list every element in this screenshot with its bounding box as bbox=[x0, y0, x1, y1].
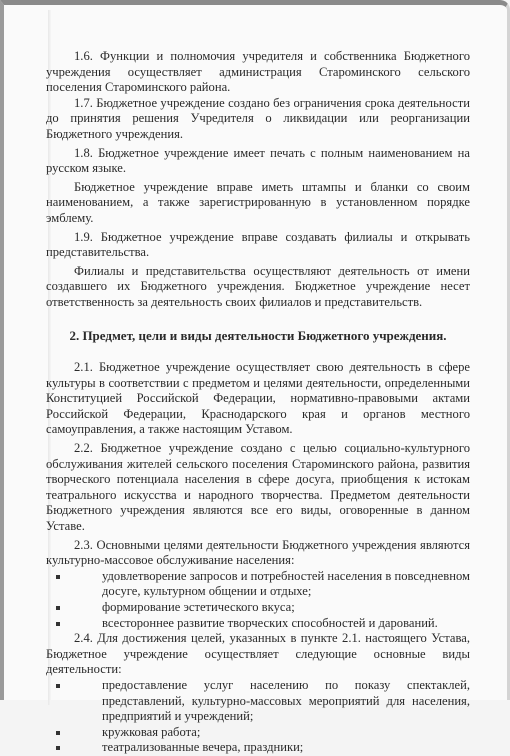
bullet-square-icon bbox=[56, 606, 60, 610]
list-item: формирование эстетического вкуса; bbox=[102, 600, 470, 616]
paragraph-1-8: 1.8. Бюджетное учреждение имеет печать с… bbox=[46, 146, 470, 177]
paragraph-1-8-stamps: Бюджетное учреждение вправе иметь штампы… bbox=[46, 180, 470, 227]
document-body: 1.6. Функции и полномочия учредителя и с… bbox=[46, 49, 470, 700]
paragraph-1-9-branches: Филиалы и представительства осуществляют… bbox=[46, 264, 470, 311]
paragraph-2-4: 2.4. Для достижения целей, указанных в п… bbox=[46, 631, 470, 678]
paragraph-2-2: 2.2. Бюджетное учреждение создано с цель… bbox=[46, 441, 470, 535]
paragraph-2-1: 2.1. Бюджетное учреждение осуществляет с… bbox=[46, 360, 470, 438]
goals-list: удовлетворение запросов и потребностей н… bbox=[46, 569, 470, 631]
paragraph-1-7: 1.7. Бюджетное учреждение создано без ог… bbox=[46, 96, 470, 143]
list-item: всестороннее развитие творческих способн… bbox=[102, 616, 470, 632]
section-heading: 2. Предмет, цели и виды деятельности Бюд… bbox=[46, 328, 470, 344]
scanned-page: 1.6. Функции и полномочия учредителя и с… bbox=[0, 0, 510, 700]
paragraph-2-3: 2.3. Основными целями деятельности Бюдже… bbox=[46, 538, 470, 569]
paragraph-1-9: 1.9. Бюджетное учреждение вправе создава… bbox=[46, 230, 470, 261]
list-item: предоставление услуг населению по показу… bbox=[102, 678, 470, 700]
activities-list: предоставление услуг населению по показу… bbox=[46, 678, 470, 700]
list-item: удовлетворение запросов и потребностей н… bbox=[102, 569, 470, 600]
bullet-square-icon bbox=[56, 684, 60, 688]
paragraph-1-6: 1.6. Функции и полномочия учредителя и с… bbox=[46, 49, 470, 96]
bullet-square-icon bbox=[56, 575, 60, 579]
bullet-square-icon bbox=[56, 622, 60, 626]
